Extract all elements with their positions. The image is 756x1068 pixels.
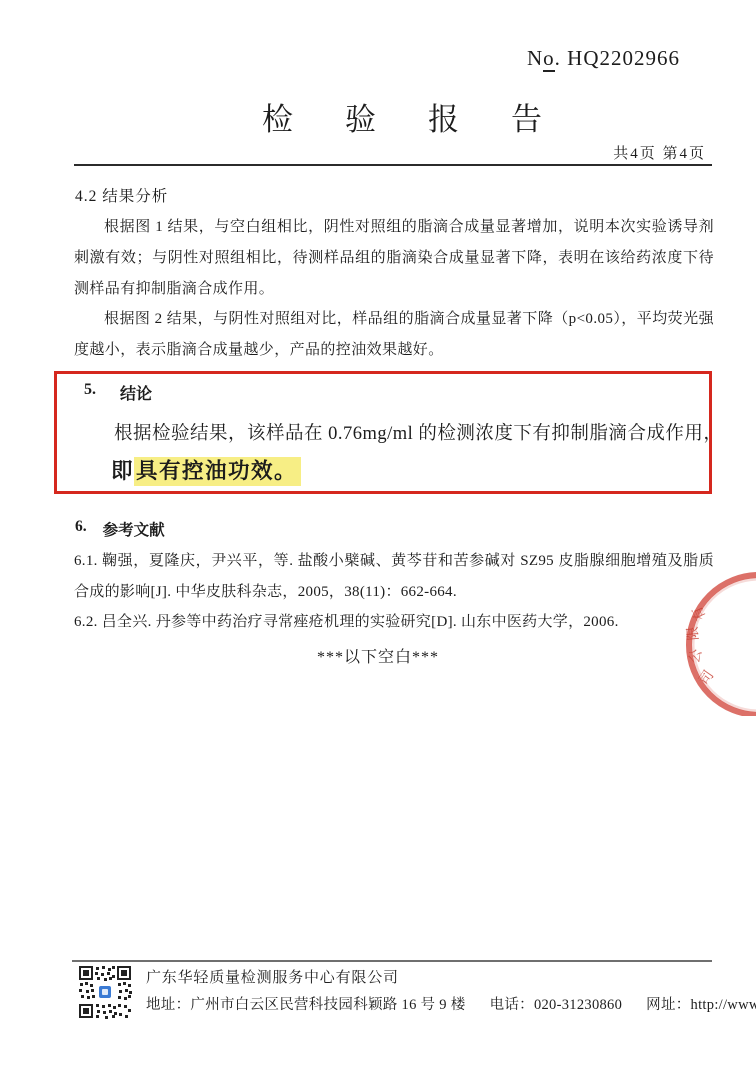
analysis-paragraph-2: 根据图 2 结果，与阴性对照组对比，样品组的脂滴合成量显著下降（p<0.05），… — [74, 304, 714, 366]
footer-divider — [72, 960, 712, 962]
header-divider — [74, 164, 712, 166]
section-5-number: 5. — [84, 381, 96, 404]
section-5-heading: 5. 结论 — [84, 381, 152, 404]
footer-phone: 电话：020-31230860 — [490, 993, 623, 1014]
section-5-label: 结论 — [120, 381, 152, 404]
qr-code-icon — [78, 965, 132, 1019]
conclusion-line-1: 根据检验结果，该样品在 0.76mg/ml 的检测浓度下有抑制脂滴合成作用， — [114, 419, 722, 445]
section-6-heading: 6. 参考文献 — [75, 518, 165, 540]
footer-contact-row: 地址：广州市白云区民营科技园科颖路 16 号 9 楼 电话：020-312308… — [146, 993, 756, 1014]
reference-item-2: 6.2. 吕全兴. 丹参等中药治疗寻常痤疮机理的实验研究[D]. 山东中医药大学… — [74, 607, 714, 638]
footer-website: 网址：http://www.qtccn.com — [646, 993, 756, 1014]
company-seal-stamp-icon: 有 限 公 司 — [676, 572, 756, 716]
footer-company-name: 广东华轻质量检测服务中心有限公司 — [146, 966, 399, 987]
report-number-n: N — [527, 46, 543, 70]
page-count: 共4页 第4页 — [613, 142, 706, 163]
seal-char-2: 限 — [685, 626, 702, 641]
conclusion-prefix: 即 — [111, 459, 134, 483]
section-6-number: 6. — [75, 518, 87, 540]
conclusion-line-2: 即具有控油功效。 — [111, 454, 301, 485]
report-number-o: o — [543, 46, 555, 72]
section-6-label: 参考文献 — [103, 518, 165, 540]
report-number-value: . HQ2202966 — [555, 46, 680, 70]
seal-char-3: 公 — [687, 648, 705, 665]
reference-item-1: 6.1. 鞠强，夏隆庆，尹兴平，等. 盐酸小檗碱、黄芩苷和苦参碱对 SZ95 皮… — [74, 546, 714, 608]
analysis-paragraph-1: 根据图 1 结果，与空白组相比，阴性对照组的脂滴合成量显著增加，说明本次实验诱导… — [74, 212, 714, 305]
report-number: No. HQ2202966 — [527, 46, 680, 71]
report-page: No. HQ2202966 检验报告 共4页 第4页 4.2 结果分析 根据图 … — [0, 0, 756, 1068]
blank-below-note: ***以下空白*** — [0, 644, 756, 667]
conclusion-highlighted-text: 具有控油功效。 — [134, 457, 301, 486]
section-4-2-heading: 4.2 结果分析 — [75, 184, 168, 206]
page-title: 检验报告 — [262, 94, 594, 139]
footer-address: 地址：广州市白云区民营科技园科颖路 16 号 9 楼 — [146, 993, 466, 1014]
